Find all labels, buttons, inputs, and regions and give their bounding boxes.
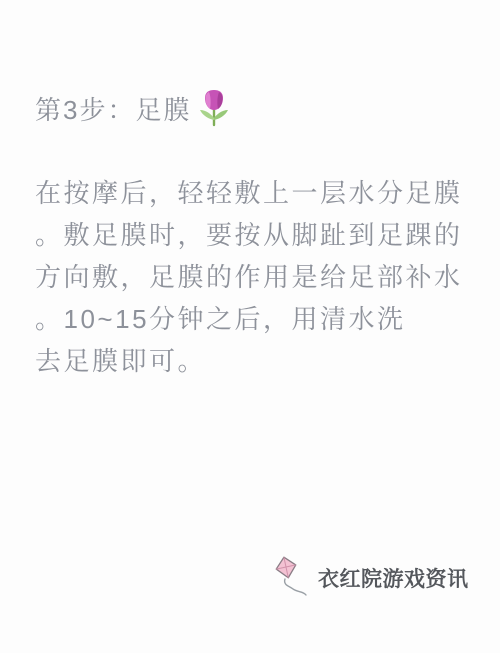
body-line: 在按摩后，轻轻敷上一层水分足膜 [35, 172, 475, 214]
tulip-icon [197, 89, 231, 127]
watermark: 衣红院游戏资讯 [273, 556, 469, 600]
kite-icon [273, 556, 309, 600]
watermark-label: 衣红院游戏资讯 [318, 563, 469, 593]
body-line: 。敷足膜时，要按从脚趾到足踝的 [35, 214, 475, 256]
post-image: 第3步：足膜 在按摩后，轻轻敷上一层水分足膜 。敷足膜时，要按从脚趾到足踝的 方… [0, 0, 500, 653]
body-line: 。10~15分钟之后，用清水洗 [35, 298, 475, 340]
body-line: 去足膜即可。 [35, 340, 475, 382]
body-line: 方向敷，足膜的作用是给足部补水 [35, 256, 475, 298]
title-row: 第3步：足膜 [35, 90, 231, 127]
page-title: 第3步：足膜 [35, 90, 191, 127]
body-text: 在按摩后，轻轻敷上一层水分足膜 。敷足膜时，要按从脚趾到足踝的 方向敷，足膜的作… [35, 172, 475, 382]
